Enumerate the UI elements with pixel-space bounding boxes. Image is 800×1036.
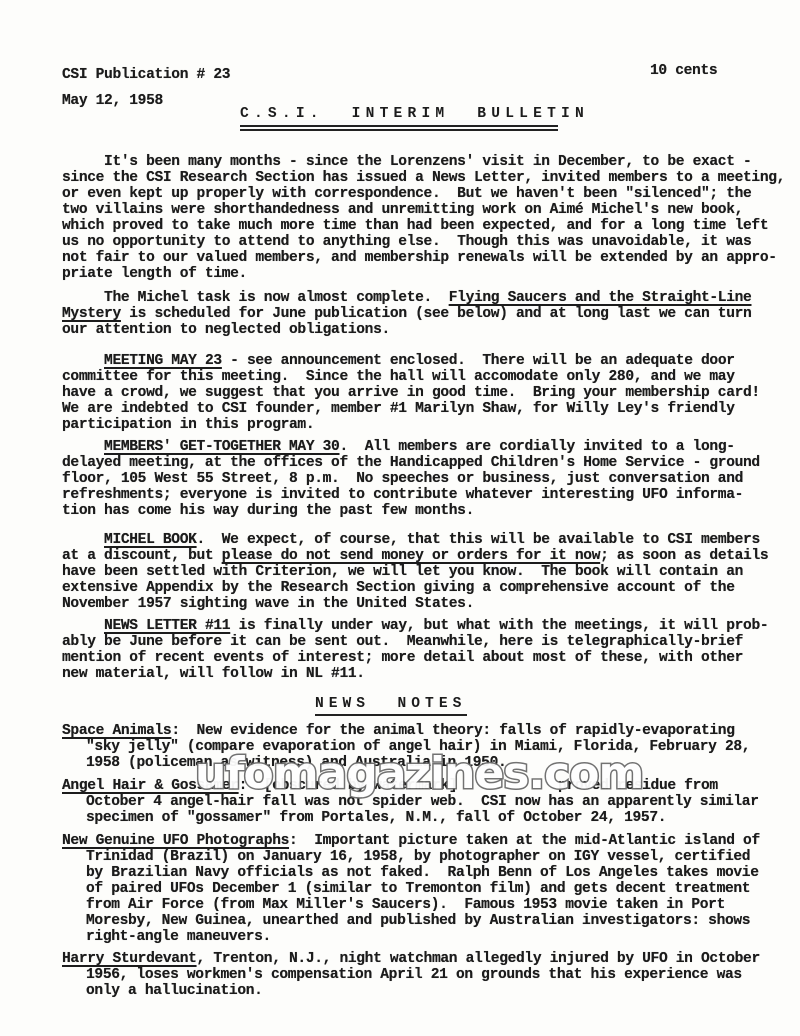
- newsletter-line: new material, will follow in NL #11.: [62, 665, 365, 683]
- news-item-text: , Trenton, N.J., night watchman allegedl…: [197, 951, 760, 967]
- title-underline-1: [240, 125, 558, 127]
- page-title: C.S.I. INTERIM BULLETIN: [240, 106, 589, 122]
- bulletin-page: CSI Publication # 23 10 cents May 12, 19…: [0, 0, 800, 1036]
- newsletter-heading: NEWS LETTER #11: [104, 618, 230, 634]
- michel-task-text: The Michel task is now almost complete.: [62, 290, 449, 306]
- newsletter-text: is finally under way, but what with the …: [230, 618, 768, 634]
- michel-book-heading: MICHEL BOOK: [104, 532, 197, 548]
- michel-task-line: our attention to neglected obligations.: [62, 321, 390, 339]
- book-title: Flying Saucers and the Straight-Line: [449, 290, 752, 306]
- news-item-text: : Important picture taken at the mid-Atl…: [289, 833, 760, 849]
- intro-line: priate length of time.: [62, 265, 247, 283]
- meeting-heading: MEETING MAY 23: [104, 353, 222, 369]
- michel-book-text: ; as soon as details: [600, 548, 768, 564]
- news-item-line: right-angle maneuvers.: [86, 928, 271, 946]
- price: 10 cents: [650, 62, 717, 80]
- michel-book-line: November 1957 sighting wave in the Unite…: [62, 595, 474, 613]
- no-money-notice: please do not send money or orders for i…: [222, 548, 600, 564]
- news-item-text: : New evidence for the animal theory: fa…: [171, 723, 734, 739]
- book-title-cont: Mystery: [62, 306, 121, 322]
- meeting-line: participation in this program.: [62, 416, 314, 434]
- get-together-line: tion has come his way during the past fe…: [62, 502, 474, 520]
- michel-book-text: . We expect, of course, that this will b…: [197, 532, 760, 548]
- news-item-line: specimen of "gossamer" from Portales, N.…: [86, 809, 666, 827]
- meeting-text: - see announcement enclosed. There will …: [222, 353, 735, 369]
- news-item-heading: New Genuine UFO Photographs: [62, 833, 289, 849]
- publication-number: CSI Publication # 23: [62, 66, 230, 84]
- title-underline-2: [240, 129, 558, 131]
- get-together-text: . All members are cordially invited to a…: [339, 439, 734, 455]
- publication-date: May 12, 1958: [62, 92, 163, 110]
- news-notes-title: NEWS NOTES: [315, 696, 466, 712]
- news-item-line: only a hallucination.: [86, 982, 263, 1000]
- news-item-heading: Space Animals: [62, 723, 171, 739]
- michel-task-text: is scheduled for June publication (see b…: [121, 306, 752, 322]
- watermark: ufomagazines.com: [195, 752, 643, 796]
- get-together-heading: MEMBERS' GET-TOGETHER MAY 30: [104, 439, 339, 455]
- michel-book-text: at a discount, but: [62, 548, 222, 564]
- news-notes-underline: [315, 714, 467, 716]
- news-item-heading: Harry Sturdevant: [62, 951, 197, 967]
